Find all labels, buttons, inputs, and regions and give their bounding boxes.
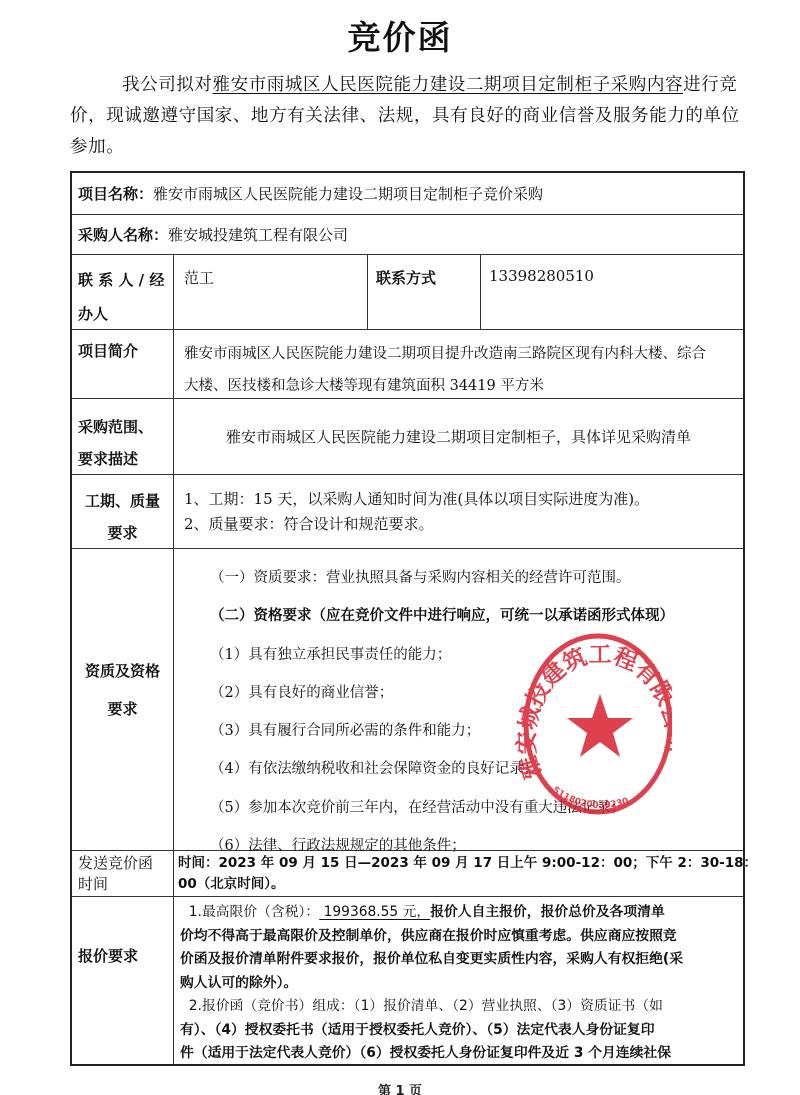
send-time-line1: 时间：2023 年 09 月 15 日—2023 年 09 月 17 日上午 9… (178, 853, 733, 874)
quote-p2-line2: 有）、（4）授权委托书（适用于授权委托人竞价）、（5）法定代表人身份证复印 (180, 1019, 733, 1043)
contact-label-line2: 办人 (78, 297, 167, 331)
contact-method-label-cell: 联系方式 (368, 255, 481, 329)
qualification-item: （1）具有独立承担民事责任的能力； (210, 636, 733, 674)
scope-label-cell: 采购范围、 要求描述 (72, 399, 174, 474)
quote-max-price-amount: 199368.55 元， (319, 904, 430, 920)
intro-prefix: 我公司拟对 (122, 75, 213, 95)
quote-value-cell: 1.最高限价（含税）： 199368.55 元，报价人自主报价，报价总价及各项清… (174, 897, 743, 1064)
quote-p2-line1-text: 2.报价函（竞价书）组成：（1）报价清单、（2）营业执照、（3）资质证书（如 (189, 998, 663, 1014)
document-title: 竞价函 (0, 12, 800, 59)
purchaser-value: 雅安城投建筑工程有限公司 (168, 224, 348, 245)
send-time-label-line2: 时间 (78, 874, 167, 895)
info-table: 项目名称： 雅安市雨城区人民医院能力建设二期项目定制柜子竞价采购 采购人名称： … (70, 171, 745, 1066)
qualification-value-cell: （一）资质要求：营业执照具备与采购内容相关的经营许可范围。 （二）资格要求（应在… (174, 549, 743, 850)
schedule-line2: 2、质量要求：符合设计和规范要求。 (184, 512, 733, 537)
send-time-value-cell: 时间：2023 年 09 月 15 日—2023 年 09 月 17 日上午 9… (174, 851, 743, 896)
contact-label-line1: 联 系 人 / 经 (78, 263, 167, 297)
scope-label-line2: 要求描述 (78, 443, 167, 475)
row-quote: 报价要求 1.最高限价（含税）： 199368.55 元，报价人自主报价，报价总… (72, 897, 743, 1064)
contact-method-label: 联系方式 (376, 269, 436, 287)
qualification-item: （2）具有良好的商业信誉； (210, 674, 733, 712)
contact-phone: 13398280510 (489, 267, 594, 285)
row-project-name: 项目名称： 雅安市雨城区人民医院能力建设二期项目定制柜子竞价采购 (72, 173, 743, 215)
contact-label-cell: 联 系 人 / 经 办人 (72, 255, 174, 329)
send-time-label-line1: 发送竞价函 (78, 853, 167, 874)
quote-p1-line3: 价函及报价清单附件要求报价，报价单位私自变更实质性内容，采购人有权拒绝(采 (180, 948, 733, 972)
scope-value-cell: 雅安市雨城区人民医院能力建设二期项目定制柜子，具体详见采购清单 (174, 399, 743, 474)
contact-name: 范工 (184, 269, 214, 287)
row-send-time: 发送竞价函 时间 时间：2023 年 09 月 15 日—2023 年 09 月… (72, 851, 743, 897)
quote-p1-line1: 1.最高限价（含税）： 199368.55 元，报价人自主报价，报价总价及各项清… (180, 901, 733, 925)
summary-label-cell: 项目简介 (72, 330, 174, 398)
qualification-item: （一）资质要求：营业执照具备与采购内容相关的经营许可范围。 (210, 559, 733, 597)
quote-p1-line4: 购人认可的除外）。 (180, 972, 733, 996)
quote-label: 报价要求 (78, 945, 138, 966)
qualification-item: （5）参加本次竞价前三年内，在经营活动中没有重大违法记录； (210, 789, 733, 827)
schedule-value-cell: 1、工期：15 天，以采购人通知时间为准(具体以项目实际进度为准)。 2、质量要… (174, 475, 743, 548)
purchaser-cell: 采购人名称： 雅安城投建筑工程有限公司 (72, 215, 743, 254)
page-number: 第 1 页 (0, 1080, 800, 1095)
intro-paragraph: 我公司拟对雅安市雨城区人民医院能力建设二期项目定制柜子采购内容进行竞价，现诚邀遵… (70, 70, 750, 163)
quote-label-cell: 报价要求 (72, 897, 174, 1064)
schedule-line1: 1、工期：15 天，以采购人通知时间为准(具体以项目实际进度为准)。 (184, 487, 733, 512)
qualification-label-line2: 要求 (78, 690, 167, 728)
row-summary: 项目简介 雅安市雨城区人民医院能力建设二期项目提升改造南三路院区现有内科大楼、综… (72, 330, 743, 399)
project-name-cell: 项目名称： 雅安市雨城区人民医院能力建设二期项目定制柜子竞价采购 (72, 173, 743, 214)
quote-p1-line2: 价均不得高于最高限价及控制单价，供应商在报价时应慎重考虑。供应商应按照竞 (180, 925, 733, 949)
quote-p2-line1: 2.报价函（竞价书）组成：（1）报价清单、（2）营业执照、（3）资质证书（如 (180, 995, 733, 1019)
qualification-item: （4）有依法缴纳税收和社会保障资金的良好记录； (210, 750, 733, 788)
summary-line1: 雅安市雨城区人民医院能力建设二期项目提升改造南三路院区现有内科大楼、综合 (184, 338, 733, 370)
summary-value-cell: 雅安市雨城区人民医院能力建设二期项目提升改造南三路院区现有内科大楼、综合 大楼、… (174, 330, 743, 398)
row-schedule: 工期、质量 要求 1、工期：15 天，以采购人通知时间为准(具体以项目实际进度为… (72, 475, 743, 549)
summary-line2: 大楼、医技楼和急诊大楼等现有建筑面积 34419 平方米 (184, 370, 733, 402)
summary-label: 项目简介 (78, 342, 138, 360)
row-qualification: 资质及资格 要求 （一）资质要求：营业执照具备与采购内容相关的经营许可范围。 （… (72, 549, 743, 851)
contact-name-cell: 范工 (174, 255, 368, 329)
project-name-value: 雅安市雨城区人民医院能力建设二期项目定制柜子竞价采购 (153, 183, 543, 204)
contact-phone-cell: 13398280510 (481, 255, 743, 329)
scope-label-line1: 采购范围、 (78, 411, 167, 443)
schedule-label-line1: 工期、质量 (78, 485, 167, 517)
intro-project-underlined: 雅安市雨城区人民医院能力建设二期项目定制柜子采购内容 (213, 75, 684, 95)
schedule-label-line2: 要求 (78, 517, 167, 549)
qualification-item: （二）资格要求（应在竞价文件中进行响应，可统一以承诺函形式体现） (210, 597, 733, 635)
qualification-label-line1: 资质及资格 (78, 652, 167, 690)
quote-p2-line3: 件（适用于法定代表人竞价）（6）授权委托人身份证复印件及近 3 个月连续社保 (180, 1042, 733, 1066)
project-name-label: 项目名称： (78, 183, 153, 204)
row-purchaser: 采购人名称： 雅安城投建筑工程有限公司 (72, 215, 743, 255)
qualification-label-cell: 资质及资格 要求 (72, 549, 174, 850)
row-scope: 采购范围、 要求描述 雅安市雨城区人民医院能力建设二期项目定制柜子，具体详见采购… (72, 399, 743, 475)
schedule-label-cell: 工期、质量 要求 (72, 475, 174, 548)
send-time-line2: 00（北京时间）。 (178, 874, 733, 895)
quote-max-price-label: 1.最高限价（含税）： (189, 904, 319, 920)
scope-value: 雅安市雨城区人民医院能力建设二期项目定制柜子，具体详见采购清单 (226, 426, 691, 447)
quote-p1-suffix: 报价人自主报价，报价总价及各项清单 (430, 904, 665, 920)
row-contact: 联 系 人 / 经 办人 范工 联系方式 13398280510 (72, 255, 743, 330)
document-page: 竞价函 我公司拟对雅安市雨城区人民医院能力建设二期项目定制柜子采购内容进行竞价，… (0, 0, 800, 1095)
send-time-label-cell: 发送竞价函 时间 (72, 851, 174, 896)
qualification-item: （3）具有履行合同所必需的条件和能力； (210, 712, 733, 750)
purchaser-label: 采购人名称： (78, 224, 168, 245)
